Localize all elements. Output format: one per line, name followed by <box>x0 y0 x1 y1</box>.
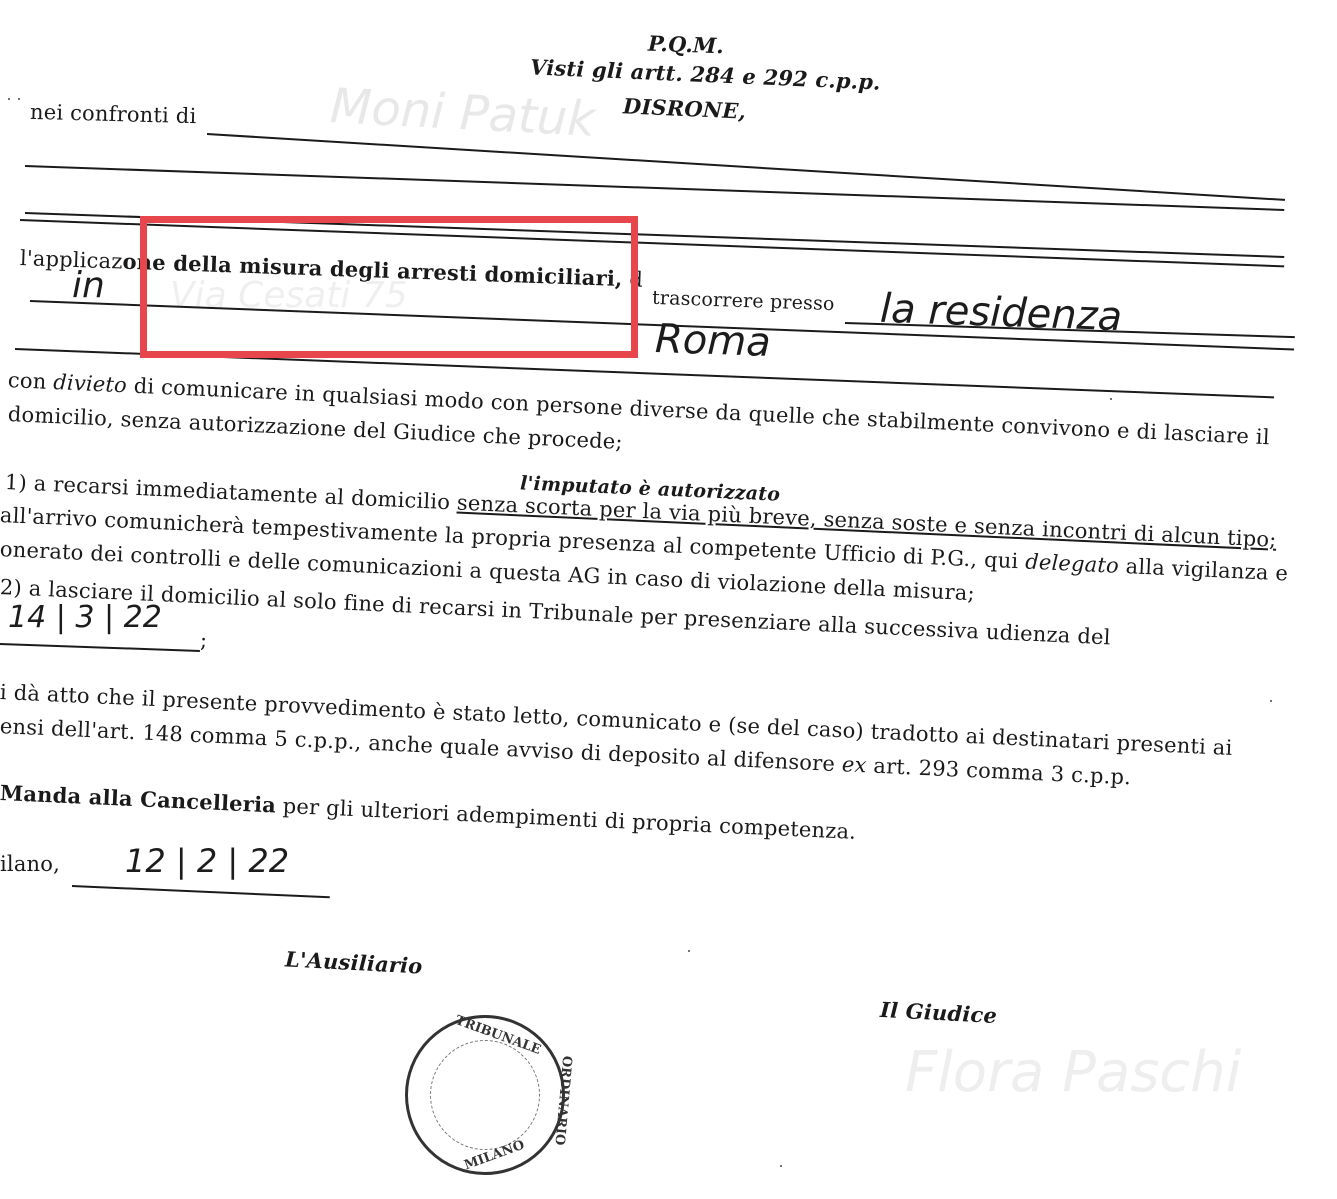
stamp-emblem <box>430 1040 540 1150</box>
scan-speck <box>1270 700 1272 702</box>
scan-speck <box>18 98 20 100</box>
scan-speck <box>688 950 690 952</box>
item2-semicolon: ; <box>200 628 207 652</box>
scan-speck <box>780 1165 782 1167</box>
highlight-box <box>140 216 638 358</box>
date-line <box>72 885 330 898</box>
handwritten-in: in <box>72 265 105 306</box>
handwritten-residence: la residenza <box>879 286 1123 340</box>
date-field-line <box>0 643 200 652</box>
dispone-heading: DISRONE, <box>623 93 747 123</box>
trascorrere-label: trascorrere presso <box>652 287 835 315</box>
scan-speck <box>1110 398 1112 400</box>
judge-signature: Flora Paschi <box>905 1040 1241 1105</box>
divieto-line-1: con divieto di comunicare in qualsiasi m… <box>7 368 1270 449</box>
redacted-name: Moni Patuk <box>329 78 597 148</box>
manda-line: Manda alla Cancelleria per gli ulteriori… <box>0 780 857 844</box>
place-label: ilano, <box>0 852 60 876</box>
handwritten-city: Roma <box>654 316 771 366</box>
nei-confronti-label: nei confronti di <box>30 100 197 128</box>
scan-speck <box>8 98 10 100</box>
ausiliario-label: L'Ausiliario <box>284 946 423 978</box>
giudice-label: Il Giudice <box>879 997 997 1028</box>
visti-line: Visti gli artt. 284 e 292 c.p.p. <box>530 54 882 94</box>
court-stamp: TRIBUNALE ORDINARIO MILANO <box>405 1015 565 1175</box>
pqm-heading: P.Q.M. <box>648 31 725 59</box>
handwritten-hearing-date: 14 | 3 | 22 <box>8 600 162 635</box>
handwritten-date: 12 | 2 | 22 <box>125 842 289 880</box>
document-page: P.Q.M. Visti gli artt. 284 e 292 c.p.p. … <box>0 0 1337 1199</box>
stamp-text-right: ORDINARIO <box>551 1055 574 1146</box>
